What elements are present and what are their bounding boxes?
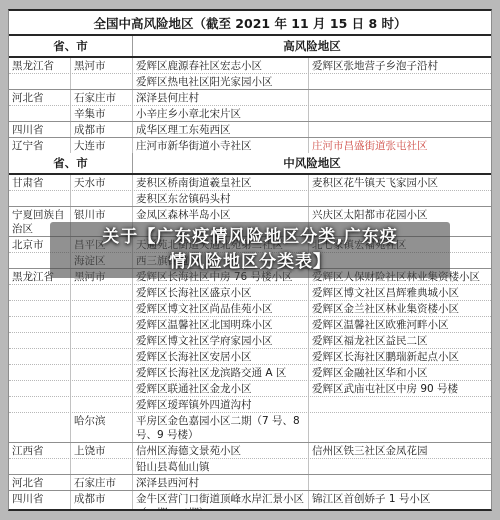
table-row: 爱辉区热电社区阳光家园小区 (9, 73, 491, 89)
cell-city (71, 381, 133, 396)
cell-area-2 (309, 74, 491, 89)
table-row: 四川省成都市金牛区营门口街道顶峰水岸汇景小区（一期、二期）锦江区首创娇子 1 号… (9, 490, 491, 511)
cell-area-1: 成华区理工东苑西区 (133, 122, 309, 137)
cell-province (9, 381, 71, 396)
table-row: 河北省石家庄市深泽县何庄村 (9, 89, 491, 105)
table-row: 辛集市小辛庄乡小章北宋片区 (9, 105, 491, 121)
header-province-city: 省、市 (9, 153, 133, 173)
cell-area-1: 庄河市新华街道小寺社区 (133, 138, 309, 153)
cell-province: 四川省 (9, 491, 71, 511)
header-risk-label: 中风险地区 (133, 153, 491, 173)
cell-province: 河北省 (9, 475, 71, 490)
cell-city (71, 285, 133, 300)
cell-province (9, 317, 71, 332)
cell-area-1: 深泽县西河村 (133, 475, 309, 490)
cell-area-1: 爱辉区长海社区龙滨路交通 A 区 (133, 365, 309, 380)
cell-area-2 (309, 106, 491, 121)
cell-area-2 (309, 191, 491, 206)
table-row: 江西省上饶市信州区海德文景苑小区信州区铁三社区金凤花园 (9, 442, 491, 458)
cell-city: 石家庄市 (71, 90, 133, 105)
cell-province (9, 333, 71, 348)
table-row: 辽宁省大连市庄河市新华街道小寺社区庄河市昌盛街道张屯社区 (9, 137, 491, 153)
cell-city: 上饶市 (71, 443, 133, 458)
cell-city (71, 459, 133, 474)
table-row: 哈尔滨平房区金色嘉园小区二期（7 号、8 号、9 号楼） (9, 412, 491, 442)
cell-area-1: 爱辉区联通社区金龙小区 (133, 381, 309, 396)
table-title: 全国中高风险地区（截至 2021 年 11 月 15 日 8 时） (9, 11, 491, 36)
watermark-overlay: 关于【广东疫情风险地区分类,广东疫 情风险地区分类表】 (50, 222, 450, 278)
cell-city (71, 333, 133, 348)
cell-city (71, 74, 133, 89)
cell-province (9, 365, 71, 380)
cell-area-2: 锦江区首创娇子 1 号小区 (309, 491, 491, 511)
cell-city (71, 349, 133, 364)
cell-area-2: 爱辉区长海社区鹏瑞新起点小区 (309, 349, 491, 364)
section-header: 省、市中风险地区 (9, 153, 491, 175)
table-row: 爱辉区温馨社区北国明珠小区爱辉区温馨社区欧雅河畔小区 (9, 316, 491, 332)
cell-area-2: 爱辉区张地营子乡泡子沿村 (309, 58, 491, 73)
cell-area-1: 爱辉区温馨社区北国明珠小区 (133, 317, 309, 332)
cell-area-1: 爱辉区鹿源春社区宏志小区 (133, 58, 309, 73)
cell-province: 江西省 (9, 443, 71, 458)
cell-city (71, 301, 133, 316)
cell-province (9, 301, 71, 316)
cell-area-1: 深泽县何庄村 (133, 90, 309, 105)
cell-area-2: 爱辉区金兰社区林业集资楼小区 (309, 301, 491, 316)
watermark-line-1: 关于【广东疫情风险地区分类,广东疫 (50, 225, 450, 250)
cell-province (9, 413, 71, 442)
cell-area-2 (309, 122, 491, 137)
cell-area-2: 爱辉区金融社区华和小区 (309, 365, 491, 380)
cell-city: 辛集市 (71, 106, 133, 121)
table-row: 黑龙江省黑河市爱辉区鹿源春社区宏志小区爱辉区张地营子乡泡子沿村 (9, 58, 491, 73)
cell-city: 天水市 (71, 175, 133, 190)
cell-area-1: 平房区金色嘉园小区二期（7 号、8 号、9 号楼） (133, 413, 309, 442)
table-row: 铅山县葛仙山镇 (9, 458, 491, 474)
cell-city (71, 365, 133, 380)
cell-province (9, 349, 71, 364)
table-row: 爱辉区博文社区学府家园小区爱辉区福龙社区益民二区 (9, 332, 491, 348)
cell-area-2: 爱辉区福龙社区益民二区 (309, 333, 491, 348)
cell-area-1: 爱辉区瑷珲镇外四道沟村 (133, 397, 309, 412)
cell-area-1: 麦积区桥南街道羲皇社区 (133, 175, 309, 190)
cell-area-1: 爱辉区博文社区尚品佳苑小区 (133, 301, 309, 316)
cell-area-1: 铅山县葛仙山镇 (133, 459, 309, 474)
cell-city (71, 191, 133, 206)
cell-area-2: 爱辉区温馨社区欧雅河畔小区 (309, 317, 491, 332)
cell-city: 石家庄市 (71, 475, 133, 490)
cell-city (71, 317, 133, 332)
cell-area-2 (309, 413, 491, 442)
watermark-line-2: 情风险地区分类表】 (50, 250, 450, 275)
cell-area-1: 麦积区东岔镇码头村 (133, 191, 309, 206)
table-row: 麦积区东岔镇码头村 (9, 190, 491, 206)
table-row: 爱辉区长海社区盛京小区爱辉区博文社区昌辉雅典城小区 (9, 284, 491, 300)
cell-area-1: 爱辉区博文社区学府家园小区 (133, 333, 309, 348)
cell-province (9, 191, 71, 206)
cell-area-2: 爱辉区博文社区昌辉雅典城小区 (309, 285, 491, 300)
screenshot-frame: 全国中高风险地区（截至 2021 年 11 月 15 日 8 时） 省、市高风险… (0, 0, 500, 520)
cell-area-2: 庄河市昌盛街道张屯社区 (309, 138, 491, 153)
cell-area-2 (309, 475, 491, 490)
header-risk-label: 高风险地区 (133, 36, 491, 56)
cell-area-2 (309, 397, 491, 412)
header-province-city: 省、市 (9, 36, 133, 56)
cell-city: 成都市 (71, 122, 133, 137)
cell-province (9, 106, 71, 121)
cell-province: 甘肃省 (9, 175, 71, 190)
cell-province (9, 459, 71, 474)
table-row: 爱辉区联通社区金龙小区爱辉区武庙屯社区中房 90 号楼 (9, 380, 491, 396)
cell-province: 四川省 (9, 122, 71, 137)
table-row: 河北省石家庄市深泽县西河村 (9, 474, 491, 490)
cell-province: 河北省 (9, 90, 71, 105)
cell-city: 黑河市 (71, 58, 133, 73)
cell-city: 大连市 (71, 138, 133, 153)
cell-city (71, 397, 133, 412)
cell-province: 黑龙江省 (9, 58, 71, 73)
cell-area-2 (309, 90, 491, 105)
cell-area-2: 爱辉区武庙屯社区中房 90 号楼 (309, 381, 491, 396)
cell-area-1: 爱辉区长海社区盛京小区 (133, 285, 309, 300)
cell-province (9, 397, 71, 412)
cell-province (9, 74, 71, 89)
cell-area-2 (309, 459, 491, 474)
cell-area-2: 麦积区花牛镇天飞家园小区 (309, 175, 491, 190)
table-row: 爱辉区博文社区尚品佳苑小区爱辉区金兰社区林业集资楼小区 (9, 300, 491, 316)
cell-area-1: 金牛区营门口街道顶峰水岸汇景小区（一期、二期） (133, 491, 309, 511)
cell-city: 哈尔滨 (71, 413, 133, 442)
table-row: 四川省成都市成华区理工东苑西区 (9, 121, 491, 137)
table-row: 爱辉区长海社区安居小区爱辉区长海社区鹏瑞新起点小区 (9, 348, 491, 364)
cell-area-1: 信州区海德文景苑小区 (133, 443, 309, 458)
cell-area-2: 信州区铁三社区金凤花园 (309, 443, 491, 458)
section-header: 省、市高风险地区 (9, 36, 491, 58)
table-row: 爱辉区长海社区龙滨路交通 A 区爱辉区金融社区华和小区 (9, 364, 491, 380)
cell-province (9, 285, 71, 300)
cell-city: 成都市 (71, 491, 133, 511)
cell-area-1: 小辛庄乡小章北宋片区 (133, 106, 309, 121)
table-row: 甘肃省天水市麦积区桥南街道羲皇社区麦积区花牛镇天飞家园小区 (9, 175, 491, 190)
cell-area-1: 爱辉区长海社区安居小区 (133, 349, 309, 364)
cell-area-1: 爱辉区热电社区阳光家园小区 (133, 74, 309, 89)
cell-province: 辽宁省 (9, 138, 71, 153)
table-row: 爱辉区瑷珲镇外四道沟村 (9, 396, 491, 412)
